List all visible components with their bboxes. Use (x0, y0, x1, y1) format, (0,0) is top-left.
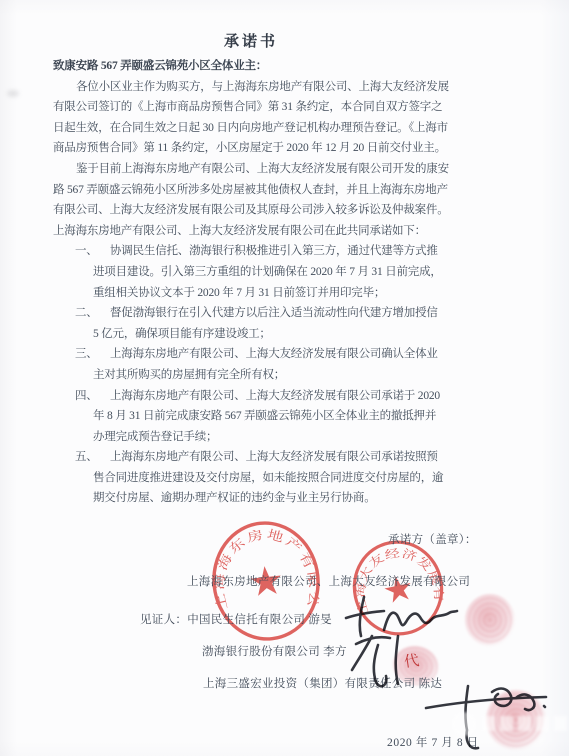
watermark (452, 710, 569, 740)
scanned-commitment-letter: 承诺书 致康安路 567 弄颐盛云锦苑小区全体业主：各位小区业主作为购买方，与上… (0, 0, 569, 756)
watermark-logo-icon (452, 712, 476, 736)
signature-scribble-1 (346, 597, 457, 636)
handwritten-signatures (0, 0, 569, 756)
signature-scribble-2 (352, 636, 398, 686)
watermark-text-blur (482, 716, 568, 731)
